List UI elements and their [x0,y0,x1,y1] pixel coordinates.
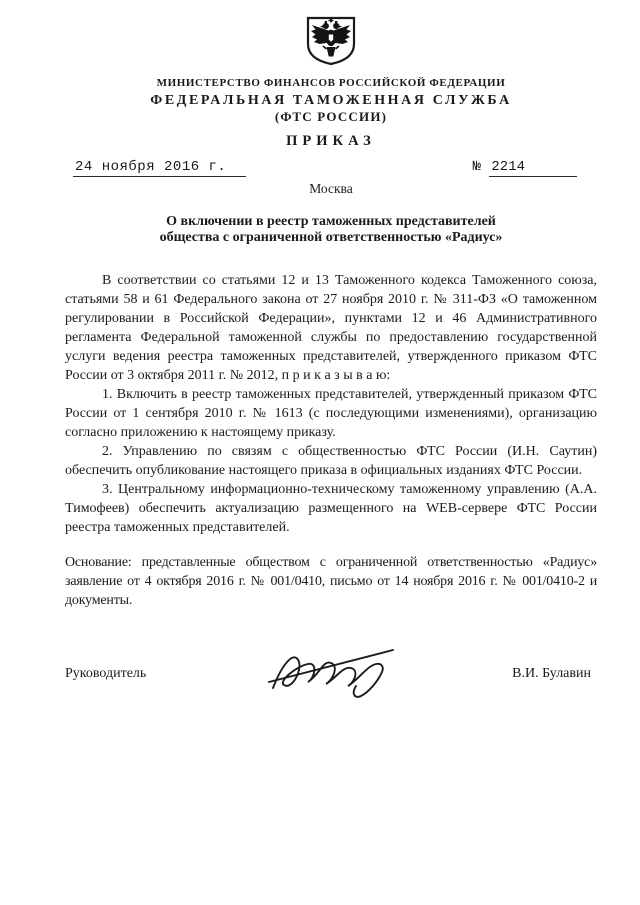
document-title-line1: О включении в реестр таможенных представ… [65,214,597,230]
basis-paragraph: Основание: представленные обществом с ог… [65,553,597,610]
order-item-1: 1. Включить в реестр таможенных представ… [65,385,597,442]
agency-abbreviation: (ФТС РОССИИ) [65,109,597,125]
document-title: О включении в реестр таможенных представ… [65,214,597,245]
number-sign: № [473,159,481,175]
signer-name: В.И. Булавин [512,666,591,682]
order-item-2: 2. Управлению по связям с общественность… [65,442,597,480]
document-type-heading: ПРИКАЗ [65,133,597,150]
signature-row: Руководитель В.И. Булавин [65,666,597,682]
document-date: 24 ноября 2016 г. [73,159,246,177]
number-value: 2214 [489,159,577,177]
date-number-row: 24 ноября 2016 г. № 2214 [65,159,597,177]
handwritten-signature-icon [263,636,403,702]
document-number: № 2214 [473,159,577,177]
signer-position: Руководитель [65,666,146,682]
document-content: МИНИСТЕРСТВО ФИНАНСОВ РОССИЙСКОЙ ФЕДЕРАЦ… [65,0,597,682]
agency-name: ФЕДЕРАЛЬНАЯ ТАМОЖЕННАЯ СЛУЖБА [65,93,597,109]
coat-of-arms-icon [305,16,357,66]
order-document-page: МИНИСТЕРСТВО ФИНАНСОВ РОССИЙСКОЙ ФЕДЕРАЦ… [0,0,640,905]
order-item-3: 3. Центральному информационно-техническо… [65,480,597,537]
document-body: В соответствии со статьями 12 и 13 Тамож… [65,271,597,610]
preamble-paragraph: В соответствии со статьями 12 и 13 Тамож… [65,271,597,385]
document-title-line2: общества с ограниченной ответственностью… [65,230,597,246]
emblem-container [65,16,597,66]
city-label: Москва [65,181,597,197]
ministry-name: МИНИСТЕРСТВО ФИНАНСОВ РОССИЙСКОЙ ФЕДЕРАЦ… [65,77,597,89]
